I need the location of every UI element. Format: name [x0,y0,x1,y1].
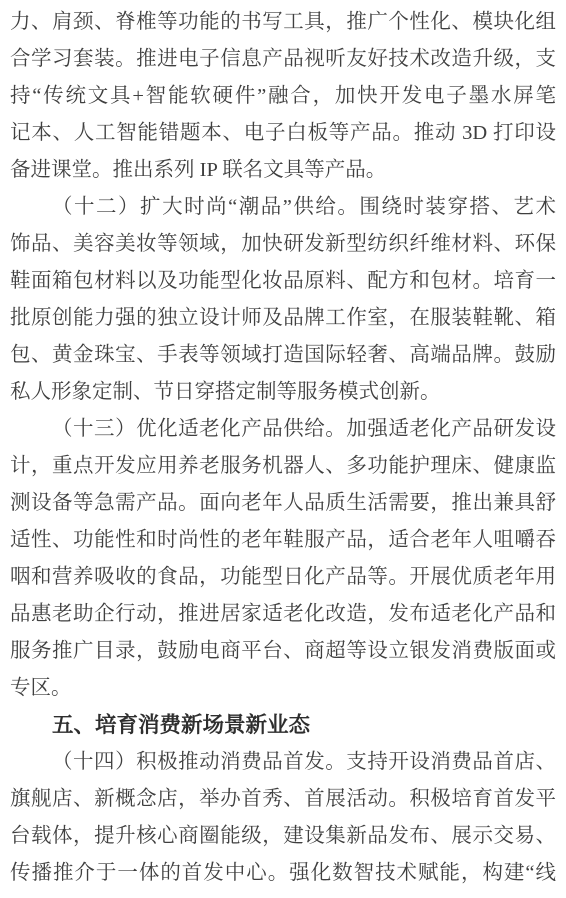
text-line: 计，重点开发应用养老服务机器人、多功能护理床、健康监 [10,448,556,485]
document-body: 力、肩颈、脊椎等功能的书写工具，推广个性化、模块化组合学习套装。推进电子信息产品… [10,4,556,892]
text-line: （十二）扩大时尚“潮品”供给。围绕时装穿搭、艺术 [10,189,556,226]
text-line: 鞋面箱包材料以及功能型化妆品原料、配方和包材。培育一 [10,263,556,300]
text-line: （十三）优化适老化产品供给。加强适老化产品研发设 [10,411,556,448]
text-line: 适性、功能性和时尚性的老年鞋服产品，适合老年人咀嚼吞 [10,522,556,559]
text-line: 饰品、美容美妆等领域，加快研发新型纺织纤维材料、环保 [10,226,556,263]
document-page: 力、肩颈、脊椎等功能的书写工具，推广个性化、模块化组合学习套装。推进电子信息产品… [0,0,566,898]
heading-line: 五、培育消费新场景新业态 [10,707,556,744]
text-line: 专区。 [10,670,556,707]
text-line: 批原创能力强的独立设计师及品牌工作室，在服装鞋靴、箱 [10,300,556,337]
text-line: 私人形象定制、节日穿搭定制等服务模式创新。 [10,374,556,411]
paragraph-continuation: 力、肩颈、脊椎等功能的书写工具，推广个性化、模块化组合学习套装。推进电子信息产品… [10,4,556,189]
text-line: 力、肩颈、脊椎等功能的书写工具，推广个性化、模块化组 [10,4,556,41]
text-line: 传播推介于一体的首发中心。强化数智技术赋能，构建“线 [10,855,556,892]
text-line: （十四）积极推动消费品首发。支持开设消费品首店、 [10,744,556,781]
text-line: 咽和营养吸收的食品，功能型日化产品等。开展优质老年用 [10,559,556,596]
paragraph: （十四）积极推动消费品首发。支持开设消费品首店、旗舰店、新概念店，举办首秀、首展… [10,744,556,892]
text-line: 旗舰店、新概念店，举办首秀、首展活动。积极培育首发平 [10,781,556,818]
text-line: 品惠老助企行动，推进居家适老化改造，发布适老化产品和 [10,596,556,633]
text-line: 备进课堂。推出系列 IP 联名文具等产品。 [10,152,556,189]
text-line: 持“传统文具+智能软硬件”融合，加快开发电子墨水屏笔 [10,78,556,115]
paragraph: （十三）优化适老化产品供给。加强适老化产品研发设计，重点开发应用养老服务机器人、… [10,411,556,707]
text-line: 服务推广目录，鼓励电商平台、商超等设立银发消费版面或 [10,633,556,670]
text-line: 台载体，提升核心商圈能级，建设集新品发布、展示交易、 [10,818,556,855]
text-line: 合学习套装。推进电子信息产品视听友好技术改造升级，支 [10,41,556,78]
paragraph: （十二）扩大时尚“潮品”供给。围绕时装穿搭、艺术饰品、美容美妆等领域，加快研发新… [10,189,556,411]
text-line: 记本、人工智能错题本、电子白板等产品。推动 3D 打印设 [10,115,556,152]
text-line: 包、黄金珠宝、手表等领域打造国际轻奢、高端品牌。鼓励 [10,337,556,374]
section-heading: 五、培育消费新场景新业态 [10,707,556,744]
text-line: 测设备等急需产品。面向老年人品质生活需要，推出兼具舒 [10,485,556,522]
